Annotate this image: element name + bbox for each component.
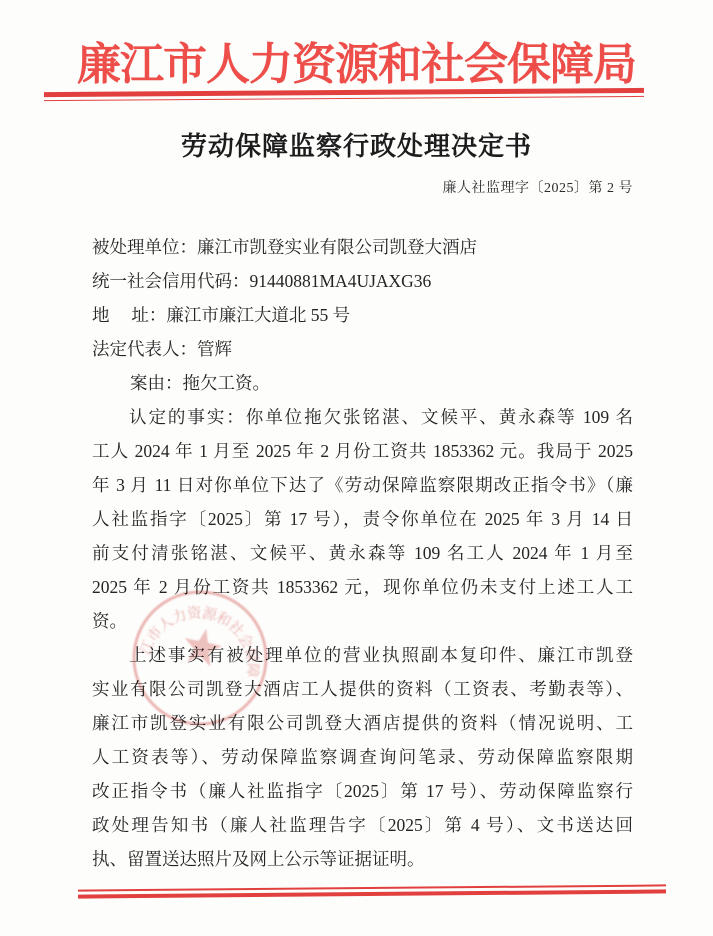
bureau-name: 廉江市人力资源和社会保障局 bbox=[0, 38, 713, 92]
text-line: 改正指令书（廉人社监指字〔2025〕第 17 号）、劳动保障监察行 bbox=[92, 774, 633, 808]
text-line: 地 址：廉江市廉江大道北 55 号 bbox=[92, 298, 633, 332]
text-line: 人社监指字〔2025〕第 17 号），责令你单位在 2025 年 3 月 14 … bbox=[92, 502, 633, 536]
text-line: 政处理告知书（廉人社监理告字〔2025〕第 4 号）、文书送达回 bbox=[92, 808, 633, 842]
text-line: 实业有限公司凯登大酒店工人提供的资料（工资表、考勤表等）、 bbox=[92, 672, 633, 706]
document-body: 被处理单位：廉江市凯登实业有限公司凯登大酒店统一社会信用代码：91440881M… bbox=[92, 230, 633, 876]
text-line: 案由：拖欠工资。 bbox=[92, 366, 633, 400]
text-line: 前支付清张铭湛、文候平、黄永森等 109 名工人 2024 年 1 月至 bbox=[92, 536, 633, 570]
party-info-fields: 被处理单位：廉江市凯登实业有限公司凯登大酒店统一社会信用代码：91440881M… bbox=[92, 230, 633, 400]
text-line: 认定的事实：你单位拖欠张铭湛、文候平、黄永森等 109 名 bbox=[92, 400, 633, 434]
decision-document-page: 廉江市人力资源和社会保障局 劳动保障监察行政处理决定书 廉人社监理字〔2025〕… bbox=[0, 0, 713, 936]
text-line: 被处理单位：廉江市凯登实业有限公司凯登大酒店 bbox=[92, 230, 633, 264]
text-line: 年 3 月 11 日对你单位下达了《劳动保障监察限期改正指令书》（廉 bbox=[92, 468, 633, 502]
document-number: 廉人社监理字〔2025〕第 2 号 bbox=[443, 179, 634, 199]
text-line: 上述事实有被处理单位的营业执照副本复印件、廉江市凯登 bbox=[92, 638, 633, 672]
text-line: 统一社会信用代码：91440881MA4UJAXG36 bbox=[92, 264, 633, 298]
text-line: 法定代表人：管辉 bbox=[92, 332, 633, 366]
document-title: 劳动保障监察行政处理决定书 bbox=[0, 131, 713, 163]
facts-paragraph: 认定的事实：你单位拖欠张铭湛、文候平、黄永森等 109 名工人 2024 年 1… bbox=[92, 400, 633, 638]
text-line: 人工资表等）、劳动保障监察调查询问笔录、劳动保障监察限期 bbox=[92, 740, 633, 774]
evidence-paragraph: 上述事实有被处理单位的营业执照副本复印件、廉江市凯登实业有限公司凯登大酒店工人提… bbox=[92, 638, 633, 876]
text-line: 廉江市凯登实业有限公司凯登大酒店提供的资料（情况说明、工 bbox=[92, 706, 633, 740]
header-divider-thin-line bbox=[44, 95, 644, 101]
text-line: 资。 bbox=[92, 604, 633, 638]
footer-divider bbox=[78, 884, 666, 898]
text-line: 2025 年 2 月份工资共 1853362 元，现你单位仍未支付上述工人工 bbox=[92, 570, 633, 604]
text-line: 工人 2024 年 1 月至 2025 年 2 月份工资共 1853362 元。… bbox=[92, 434, 633, 468]
text-line: 执、留置送达照片及网上公示等证据证明。 bbox=[92, 842, 633, 876]
